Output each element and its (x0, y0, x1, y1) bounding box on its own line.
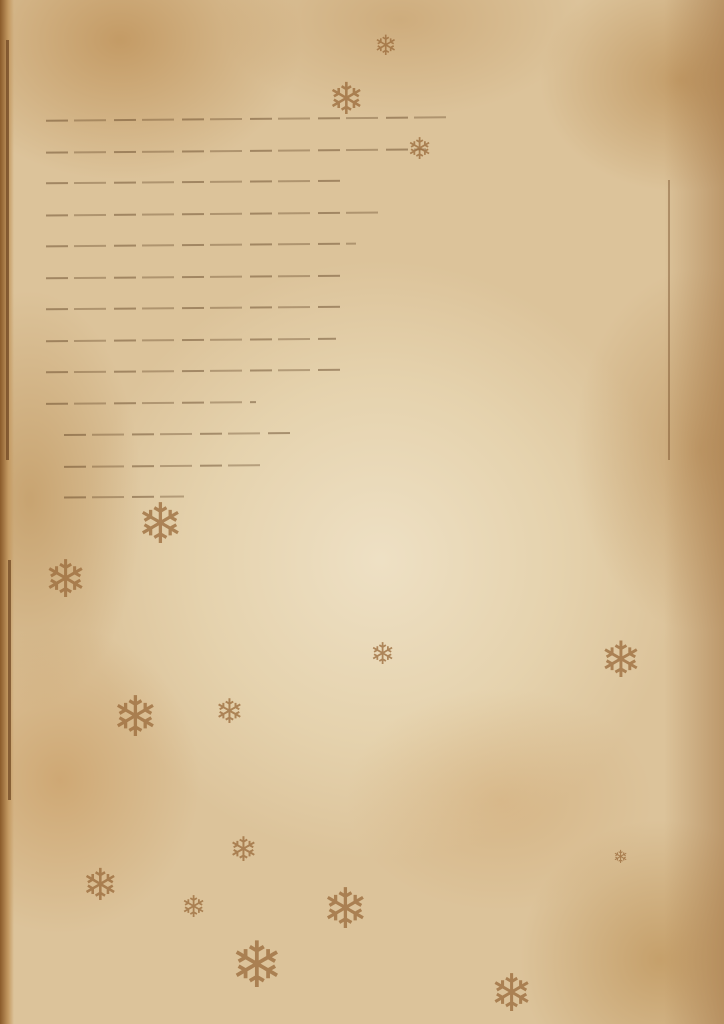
handwriting-line (46, 306, 346, 310)
snowflake-icon: ❄ (370, 640, 395, 670)
snowflake-icon: ❄ (322, 882, 369, 938)
right-edge-crack (668, 180, 670, 460)
snowflake-icon: ❄ (230, 934, 284, 998)
handwriting-line (64, 432, 294, 436)
snowflake-icon: ❄ (328, 78, 365, 122)
handwriting-line (46, 180, 346, 184)
snowflake-icon: ❄ (490, 968, 534, 1020)
snowflake-icon: ❄ (374, 32, 397, 60)
handwriting-line (46, 401, 256, 404)
left-edge-crack (6, 40, 9, 460)
left-edge-crack (8, 560, 11, 800)
handwriting-line (46, 337, 336, 341)
handwriting-line (46, 148, 426, 153)
snowflake-icon: ❄ (407, 135, 432, 165)
snowflake-icon: ❄ (137, 497, 184, 553)
handwriting-line (46, 116, 446, 121)
stained-right-edge (664, 0, 724, 1024)
snowflake-icon: ❄ (613, 849, 628, 867)
snowflake-icon: ❄ (215, 695, 244, 729)
handwriting-line (46, 243, 356, 247)
handwriting-line (46, 211, 386, 215)
snowflake-icon: ❄ (600, 635, 642, 685)
handwriting-line (64, 464, 264, 467)
parchment-paper: ❄❄❄❄❄❄❄❄❄❄❄❄❄❄❄❄ (0, 0, 724, 1024)
snowflake-icon: ❄ (112, 690, 159, 746)
snowflake-icon: ❄ (229, 833, 258, 867)
handwriting-line (46, 274, 346, 278)
handwriting-block (46, 118, 446, 528)
snowflake-icon: ❄ (181, 893, 206, 923)
snowflake-icon: ❄ (82, 864, 119, 908)
snowflake-icon: ❄ (44, 554, 88, 606)
handwriting-line (46, 369, 346, 373)
